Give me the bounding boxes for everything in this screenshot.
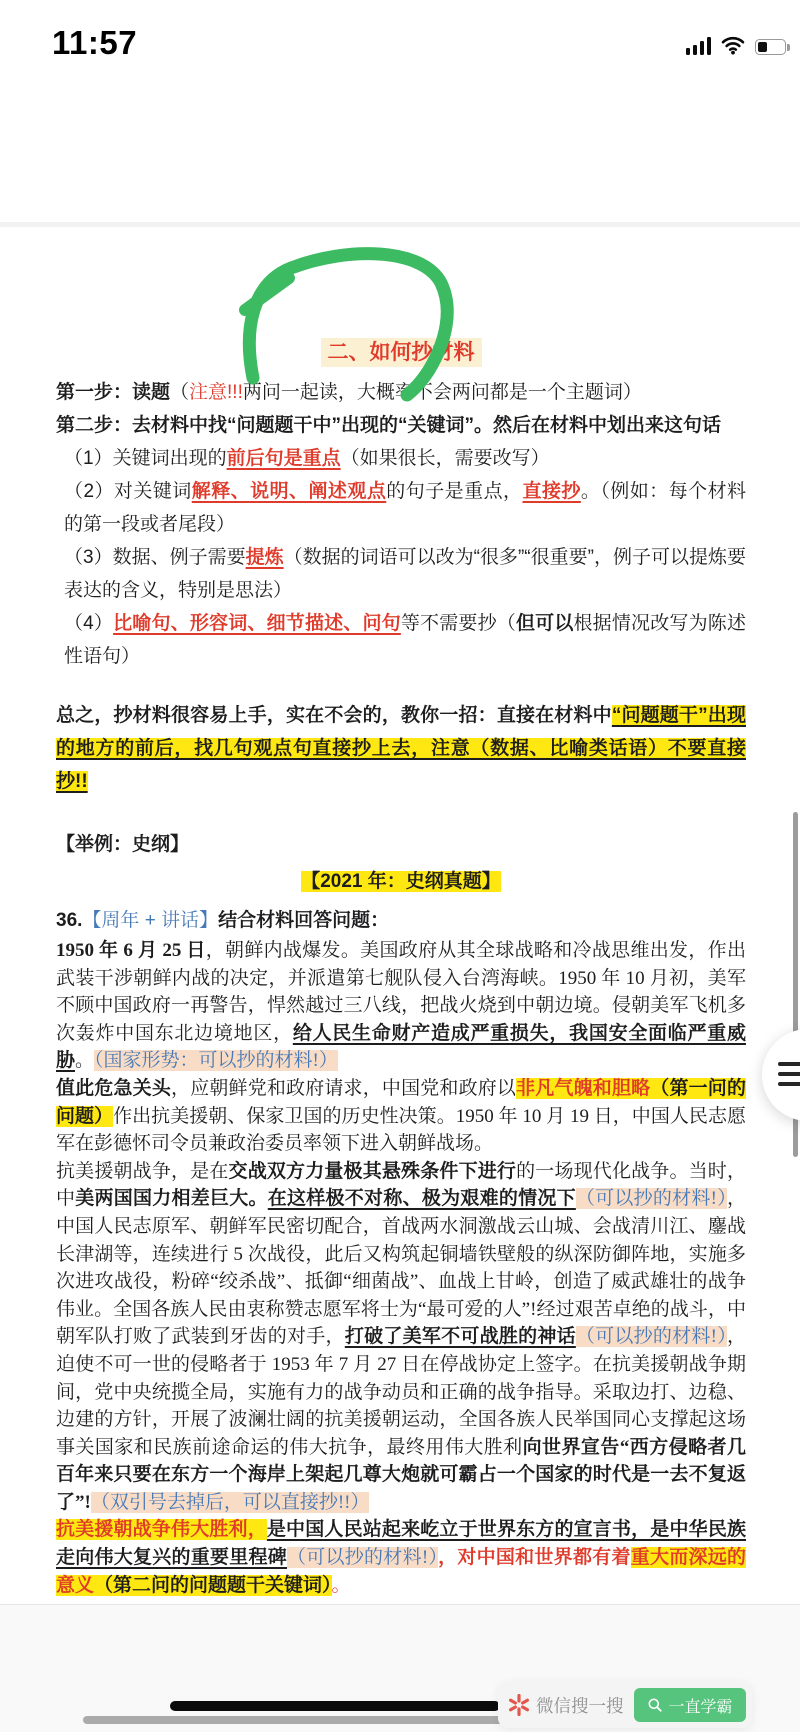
text-run: 在这样极不对称、极为艰难的情况下 <box>268 1188 576 1209</box>
text-run: 结合材料回答问题： <box>218 910 389 931</box>
text-run: （2）对关键词 <box>64 481 192 502</box>
text-run: （如果很长，需要改写） <box>341 448 550 469</box>
wechat-search-widget[interactable]: 微信搜一搜 一直学霸 <box>498 1682 752 1728</box>
text-run: （可以抄的材料!） <box>287 1547 438 1568</box>
doc-block-material-conclusion: 抗美援朝战争伟大胜利，是中国人民站起来屹立于世界东方的宣言书，是中华民族走向伟大… <box>56 1516 746 1599</box>
home-indicator[interactable] <box>170 1701 500 1711</box>
doc-block-example-label: 【举例：史纲】 <box>56 828 746 861</box>
text-run: 非凡气魄和胆略 <box>516 1078 650 1099</box>
text-run: 美两国国力相差巨大。 <box>75 1188 268 1209</box>
text-run: （可以抄的材料!） <box>576 1326 727 1347</box>
text-run: （双引号去掉后，可以直接抄!!） <box>91 1492 370 1513</box>
text-run: 第一步：读题 <box>56 382 170 403</box>
text-run: （国家形势：可以抄的材料!） <box>94 1050 338 1071</box>
doc-block-rule-1: （1）关键词出现的前后句是重点（如果很长，需要改写） <box>56 442 746 475</box>
search-keyword-button[interactable]: 一直学霸 <box>634 1688 746 1722</box>
cellular-signal-icon <box>686 37 712 55</box>
text-run: （3）数据、例子需要 <box>64 547 246 568</box>
text-run: 打破了美军不可战胜的神话 <box>345 1326 576 1347</box>
doc-block-question-36: 36.【周年 + 讲话】结合材料回答问题： <box>56 904 746 937</box>
text-run: ，应朝鲜党和政府请求，中国党和政府以 <box>171 1078 516 1099</box>
doc-block-material-para-2: 值此危急关头，应朝鲜党和政府请求，中国党和政府以非凡气魄和胆略（第一问的问题）作… <box>56 1075 746 1158</box>
text-run: ，中国人民志原军、朝鲜军民密切配合，首战两水洞激战云山城、会战清川江、鏖战长津湖… <box>56 1188 746 1347</box>
doc-block-section-title: 二、如何抄材料 <box>56 337 746 368</box>
text-run: 二、如何抄材料 <box>321 338 482 367</box>
progress-track <box>83 1716 540 1724</box>
text-run: 直接抄 <box>522 481 580 502</box>
doc-block-step-1: 第一步：读题（注意!!!两问一起读，大概率不会两问都是一个主题词） <box>56 376 746 409</box>
text-run: 作出抗美援朝、保家卫国的历史性决策。1950 年 10 月 19 日，中国人民志… <box>56 1106 746 1155</box>
text-run: （可以抄的材料!） <box>576 1188 727 1209</box>
doc-block-material-para-1: 1950 年 6 月 25 日，朝鲜内战爆发。美国政府从其全球战略和冷战思维出发… <box>56 937 746 1075</box>
doc-block-rule-3: （3）数据、例子需要提炼（数据的词语可以改为“很多”“很重要”，例子可以提炼要表… <box>56 541 746 607</box>
text-run: 【举例：史纲】 <box>56 834 189 855</box>
clock: 11:57 <box>52 24 137 62</box>
text-run: 值此危急关头 <box>56 1078 171 1099</box>
magnifier-icon <box>647 1697 663 1713</box>
text-run: 但可以 <box>516 613 574 634</box>
text-run: （1）关键词出现的 <box>64 448 227 469</box>
doc-block-step-2: 第二步：去材料中找“问题题干中”出现的“关键词”。然后在材料中划出来这句话 <box>56 409 746 442</box>
text-run: 对中国和世界都有着 <box>457 1547 630 1568</box>
text-run: 的句子是重点， <box>386 481 522 502</box>
text-run: 总之，抄材料很容易上手，实在不会的，教你一招：直接在材料中 <box>56 705 612 726</box>
viewer-top-divider <box>0 222 800 227</box>
document-body[interactable]: 二、如何抄材料第一步：读题（注意!!!两问一起读，大概率不会两问都是一个主题词）… <box>56 227 746 1599</box>
text-run: 等不需要抄（ <box>401 613 516 634</box>
text-run: 注意!!! <box>189 382 243 403</box>
text-run: 。 <box>332 1575 351 1596</box>
status-icons <box>686 36 787 55</box>
text-run: 1950 年 6 月 25 日 <box>56 940 206 961</box>
text-run: 交战双方力量极其悬殊条件下进行 <box>229 1161 517 1182</box>
text-run: 36. <box>56 910 82 931</box>
wechat-search-label: 微信搜一搜 <box>536 1693 624 1718</box>
wifi-icon <box>720 36 746 55</box>
text-run: 【周年 + 讲话】 <box>82 910 218 931</box>
text-run: （第二问的问题题干关键词） <box>94 1575 332 1596</box>
text-run: 解释、说明、阐述观点 <box>192 481 387 502</box>
wechat-search-spark-icon <box>508 1694 530 1716</box>
battery-icon <box>755 39 786 55</box>
text-run: 提炼 <box>246 547 284 568</box>
status-bar: 11:57 <box>0 0 800 90</box>
text-run: 第二步：去材料中找“问题题干中”出现的“关键词”。然后在材料中划出来这句话 <box>56 415 721 436</box>
text-run: 【2021 年：史纲真题】 <box>301 871 501 892</box>
doc-block-rule-4: （4）比喻句、形容词、细节描述、问句等不需要抄（但可以根据情况改写为陈述性语句） <box>56 607 746 673</box>
text-run: 抗美援朝战争，是在 <box>56 1161 229 1182</box>
doc-block-rule-2: （2）对关键词解释、说明、阐述观点的句子是重点，直接抄。（例如：每个材料的第一段… <box>56 475 746 541</box>
search-keyword-label: 一直学霸 <box>669 1694 733 1717</box>
text-run: （4） <box>64 613 113 634</box>
doc-block-summary: 总之，抄材料很容易上手，实在不会的，教你一招：直接在材料中“问题题干”出现的地方… <box>56 699 746 798</box>
text-run: 比喻句、形容词、细节描述、问句 <box>113 613 401 634</box>
text-run: 。 <box>75 1050 94 1071</box>
text-run: ， <box>438 1547 457 1568</box>
phone-screen: 11:57 二、如何抄材料第一步：读题（注意!!!两问一起读，大概率不会两问都是… <box>0 0 800 1732</box>
text-run: （ <box>170 382 189 403</box>
text-run: 前后句是重点 <box>227 448 341 469</box>
text-run: 两问一起读，大概率不会两问都是一个主题词） <box>243 382 642 403</box>
doc-block-exam-header: 【2021 年：史纲真题】 <box>56 865 746 898</box>
text-run: 抗美援朝战争伟大胜利， <box>56 1519 267 1540</box>
doc-block-material-para-3: 抗美援朝战争，是在交战双方力量极其悬殊条件下进行的一场现代化战争。当时，中美两国… <box>56 1158 746 1517</box>
